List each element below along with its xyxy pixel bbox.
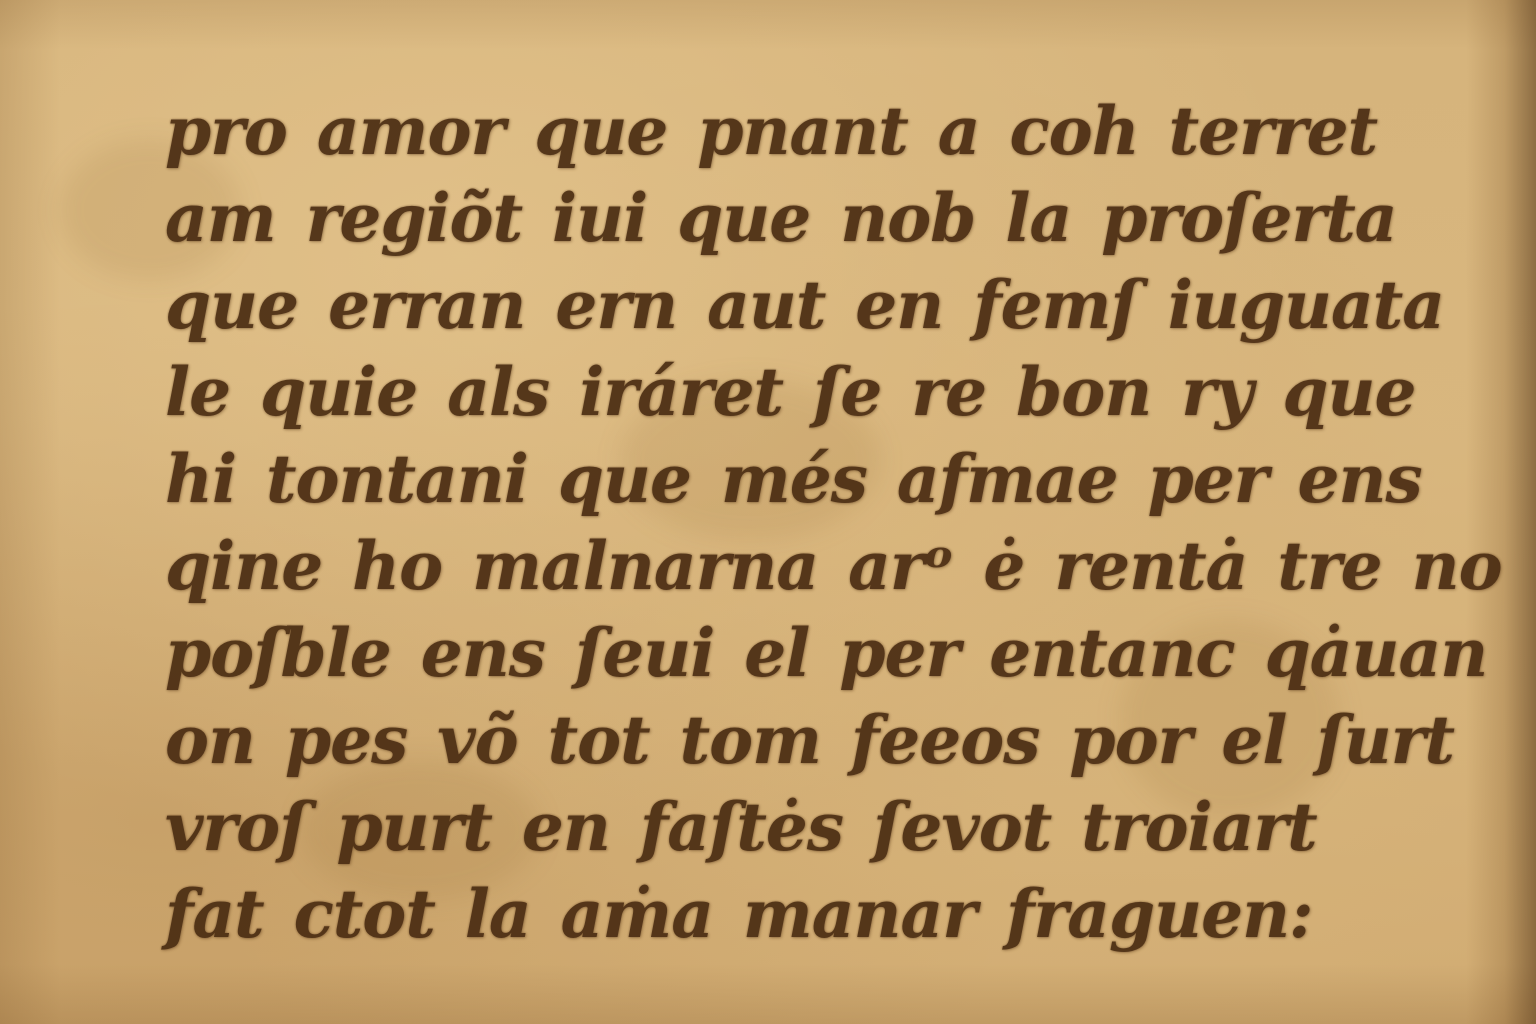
manuscript-line: le quie als iráret ſe re bon ry que — [165, 349, 1365, 436]
manuscript-line: poſble ens ſeui el per entanc qȧuan — [165, 610, 1365, 697]
manuscript-line: am regiõt iui que nob la proſerta — [165, 175, 1365, 262]
page-edge-shadow-left — [0, 0, 60, 1024]
manuscript-line: hi tontani que més afmae per ens — [165, 436, 1365, 523]
parchment-page: pro amor que pnant a coh terret am regiõ… — [0, 0, 1536, 1024]
manuscript-line: pro amor que pnant a coh terret — [165, 88, 1365, 175]
manuscript-line: que erran ern aut en femſ iuguata — [165, 262, 1365, 349]
manuscript-line: vroſ purt en faſtės ſevot troiart — [165, 784, 1365, 871]
page-edge-shadow-bottom — [0, 964, 1536, 1024]
manuscript-line: on pes võ tot tom feeos por el ſurt — [165, 697, 1365, 784]
page-edge-shadow-right — [1466, 0, 1536, 1024]
page-edge-shadow-top — [0, 0, 1536, 50]
manuscript-text: pro amor que pnant a coh terret am regiõ… — [165, 88, 1365, 958]
manuscript-line: fat ctot la aṁa manar fraguen: — [165, 871, 1365, 958]
manuscript-line: qine ho malnarna arᵒ ė rentȧ tre no — [165, 523, 1365, 610]
